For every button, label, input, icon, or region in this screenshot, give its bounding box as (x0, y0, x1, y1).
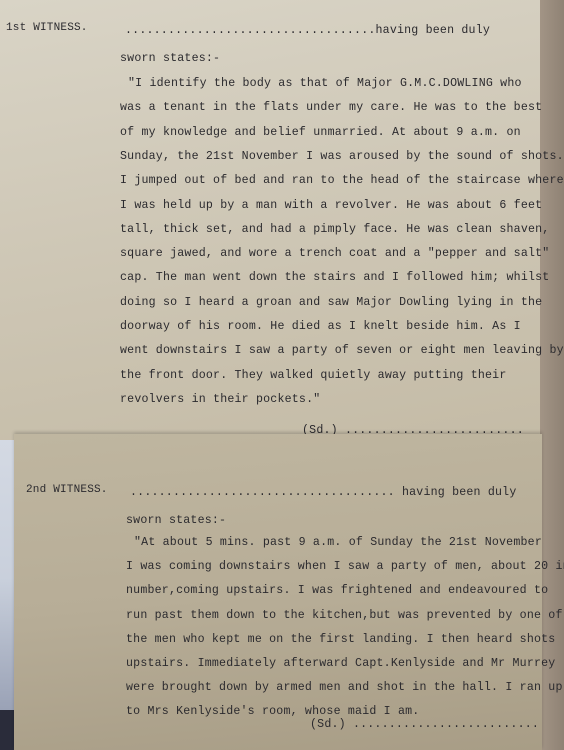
witness-2-sheet: 2nd WITNESS. ...........................… (14, 434, 542, 750)
statement-line: I was held up by a man with a revolver. … (120, 199, 542, 212)
statement-line: doing so I heard a groan and saw Major D… (120, 296, 542, 309)
statement-line: square jawed, and wore a trench coat and… (120, 247, 549, 260)
statement-line: to Mrs Kenlyside's room, whose maid I am… (126, 705, 419, 718)
statement-line: of my knowledge and belief unmarried. At… (120, 126, 521, 139)
statement-line: cap. The man went down the stairs and I … (120, 271, 549, 284)
statement-line: run past them down to the kitchen,but wa… (126, 609, 563, 622)
witness-2-label: 2nd WITNESS. (26, 484, 108, 496)
witness-1-sheet: 1st WITNESS. ...........................… (0, 0, 540, 440)
witness-2-signature: (Sd.) .......................... (310, 718, 539, 731)
statement-line: number,coming upstairs. I was frightened… (126, 584, 548, 597)
witness-1-name-blank: ...................................havin… (125, 24, 535, 37)
statement-line: revolvers in their pockets." (120, 393, 320, 406)
witness-2-intro: sworn states:- (126, 514, 226, 527)
statement-line: upstairs. Immediately afterward Capt.Ken… (126, 657, 555, 670)
statement-line: was a tenant in the flats under my care.… (120, 101, 542, 114)
statement-line: went downstairs I saw a party of seven o… (120, 344, 564, 357)
statement-line: tall, thick set, and had a pimply face. … (120, 223, 549, 236)
statement-line: "I identify the body as that of Major G.… (128, 77, 522, 90)
statement-line: the front door. They walked quietly away… (120, 369, 507, 382)
statement-line: doorway of his room. He died as I knelt … (120, 320, 521, 333)
witness-2-name-blank: ..................................... ha… (130, 486, 540, 499)
statement-line: I was coming downstairs when I saw a par… (126, 560, 564, 573)
statement-line: "At about 5 mins. past 9 a.m. of Sunday … (134, 536, 542, 549)
statement-line: I jumped out of bed and ran to the head … (120, 174, 564, 187)
statement-line: the men who kept me on the first landing… (126, 633, 555, 646)
witness-1-label: 1st WITNESS. (6, 22, 88, 34)
statement-line: Sunday, the 21st November I was aroused … (120, 150, 564, 163)
statement-line: were brought down by armed men and shot … (126, 681, 563, 694)
witness-1-intro: sworn states:- (120, 52, 220, 65)
